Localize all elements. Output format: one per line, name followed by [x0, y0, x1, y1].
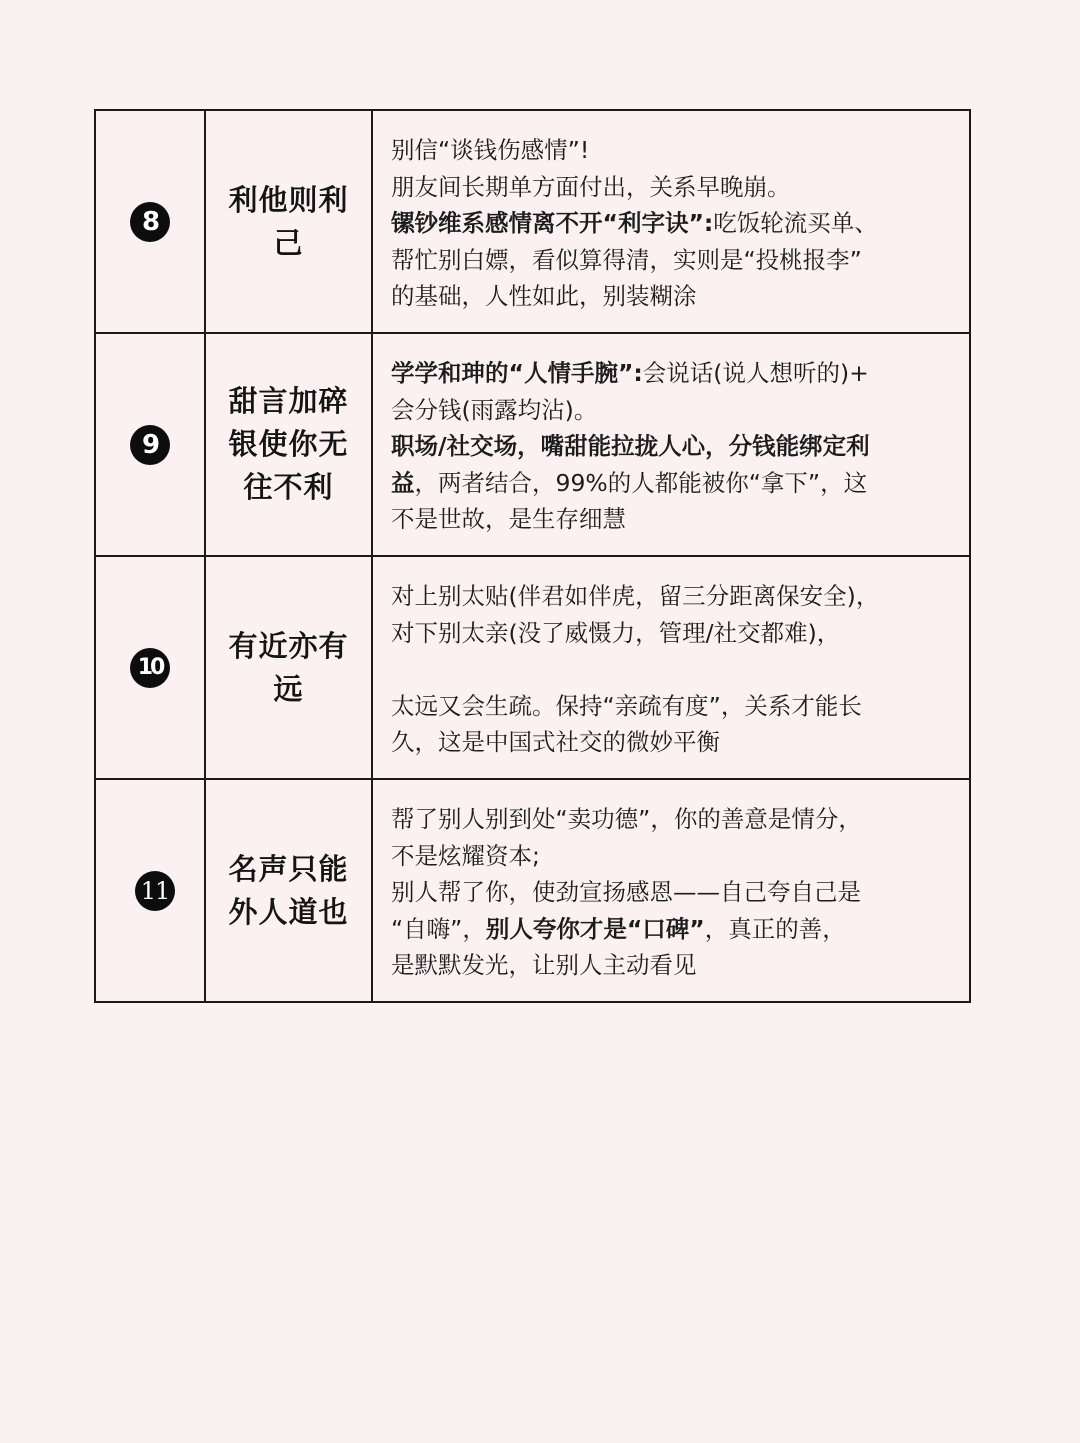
row-title: 甜言加碎银使你无往不利 — [225, 380, 353, 509]
body-line: 帮忙别白嫖，看似算得清，实则是“投桃报李” — [391, 242, 878, 279]
table-row: 11 名声只能外人道也 帮了别人别到处“卖功德”，你的善意是情分， 不是炫耀资本… — [96, 780, 969, 1001]
body-cell: 对上别太贴(伴君如伴虎，留三分距离保安全)， 对下别太亲(没了威慑力，管理/社交… — [373, 557, 969, 778]
body-line: 职场/社交场，嘴甜能拉拢人心，分钱能绑定利 — [391, 428, 870, 465]
body-line: 不是世故，是生存细慧 — [391, 501, 870, 538]
bold-phrase: 益 — [391, 469, 415, 497]
table-row: 8 利他则利己 别信“谈钱伤感情”! 朋友间长期单方面付出，关系早晚崩。 镙钞维… — [96, 111, 969, 334]
title-cell: 利他则利己 — [206, 111, 373, 332]
row-title: 利他则利己 — [225, 179, 353, 265]
row-body: 帮了别人别到处“卖功德”，你的善意是情分， 不是炫耀资本; 别人帮了你，使劲宣扬… — [391, 801, 862, 984]
body-line: 对上别太贴(伴君如伴虎，留三分距离保安全)， — [391, 578, 879, 615]
number-badge-icon: 9 — [130, 425, 170, 465]
body-cell: 学学和珅的“人情手腕”:会说话(说人想听的)+ 会分钱(雨露均沾)。 职场/社交… — [373, 334, 969, 555]
body-line: 不是炫耀资本; — [391, 838, 862, 875]
body-line: 对下别太亲(没了威慑力，管理/社交都难)， — [391, 615, 879, 652]
body-phrase: “自嗨”， — [391, 915, 486, 943]
body-phrase: 吃饭轮流买单、 — [713, 209, 878, 237]
bold-phrase: 镙钞维系感情离不开“利字诀”: — [391, 209, 713, 237]
table-row: 10 有近亦有远 对上别太贴(伴君如伴虎，留三分距离保安全)， 对下别太亲(没了… — [96, 557, 969, 780]
number-cell: 8 — [96, 111, 206, 332]
body-line: 别信“谈钱伤感情”! — [391, 132, 878, 169]
tips-table: 8 利他则利己 别信“谈钱伤感情”! 朋友间长期单方面付出，关系早晚崩。 镙钞维… — [94, 109, 971, 1003]
body-line: 会分钱(雨露均沾)。 — [391, 392, 870, 429]
number-badge-icon: 10 — [130, 648, 170, 688]
body-line: 学学和珅的“人情手腕”:会说话(说人想听的)+ — [391, 355, 870, 392]
number-cell: 11 — [96, 780, 206, 1001]
row-body: 别信“谈钱伤感情”! 朋友间长期单方面付出，关系早晚崩。 镙钞维系感情离不开“利… — [391, 132, 878, 315]
body-line: 是默默发光，让别人主动看见 — [391, 947, 862, 984]
body-cell: 帮了别人别到处“卖功德”，你的善意是情分， 不是炫耀资本; 别人帮了你，使劲宣扬… — [373, 780, 969, 1001]
body-phrase: ，真正的善， — [705, 915, 846, 943]
body-line: 的基础，人性如此，别装糊涂 — [391, 278, 878, 315]
row-body: 对上别太贴(伴君如伴虎，留三分距离保安全)， 对下别太亲(没了威慑力，管理/社交… — [391, 578, 879, 761]
body-line: 别人帮了你，使劲宣扬感恩——自己夸自己是 — [391, 874, 862, 911]
body-cell: 别信“谈钱伤感情”! 朋友间长期单方面付出，关系早晚崩。 镙钞维系感情离不开“利… — [373, 111, 969, 332]
title-cell: 甜言加碎银使你无往不利 — [206, 334, 373, 555]
body-line: 镙钞维系感情离不开“利字诀”:吃饭轮流买单、 — [391, 205, 878, 242]
number-cell: 9 — [96, 334, 206, 555]
body-phrase: ，两者结合，99%的人都能被你“拿下”，这 — [415, 469, 868, 497]
body-line: 太远又会生疏。保持“亲疏有度”，关系才能长 — [391, 688, 879, 725]
row-body: 学学和珅的“人情手腕”:会说话(说人想听的)+ 会分钱(雨露均沾)。 职场/社交… — [391, 355, 870, 538]
number-badge-icon: 11 — [135, 871, 175, 911]
body-line: 益，两者结合，99%的人都能被你“拿下”，这 — [391, 465, 870, 502]
blank-line — [391, 651, 879, 688]
number-badge-icon: 8 — [130, 202, 170, 242]
number-cell: 10 — [96, 557, 206, 778]
title-cell: 名声只能外人道也 — [206, 780, 373, 1001]
body-line: 朋友间长期单方面付出，关系早晚崩。 — [391, 169, 878, 206]
bold-phrase: 别人夸你才是“口碑” — [486, 915, 705, 943]
body-line: 帮了别人别到处“卖功德”，你的善意是情分， — [391, 801, 862, 838]
row-title: 名声只能外人道也 — [225, 848, 353, 934]
row-title: 有近亦有远 — [225, 625, 353, 711]
body-line: 久，这是中国式社交的微妙平衡 — [391, 724, 879, 761]
body-phrase: 会说话(说人想听的)+ — [643, 359, 869, 387]
bold-phrase: 学学和珅的“人情手腕”: — [391, 359, 643, 387]
title-cell: 有近亦有远 — [206, 557, 373, 778]
body-line: “自嗨”，别人夸你才是“口碑”，真正的善， — [391, 911, 862, 948]
table-row: 9 甜言加碎银使你无往不利 学学和珅的“人情手腕”:会说话(说人想听的)+ 会分… — [96, 334, 969, 557]
